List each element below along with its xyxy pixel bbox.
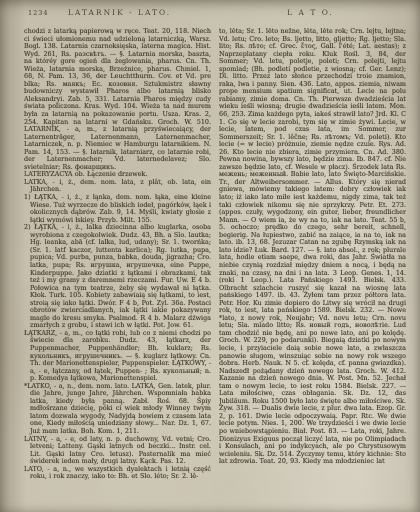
page-number: 1234 bbox=[28, 9, 49, 17]
dictionary-paragraph: *LATKO, - a, n., dem. nom. lato. LATKA, … bbox=[24, 383, 211, 436]
dictionary-paragraph: 1) ŁĄTKA, - i, ż., z łąnka, dem. nom. łą… bbox=[24, 194, 211, 224]
text-columns: chodzi z latarką papierową w ręce. Teat.… bbox=[24, 28, 406, 512]
dictionary-paragraph: LATO, - a, n., we wszystkich dyalektach … bbox=[24, 466, 211, 480]
right-column: to, lěta; Sr. 1. lěto nežne, lěta, lěte … bbox=[219, 28, 406, 480]
dictionary-paragraph: 2) ŁĄTKA, - i, ż., lalka dziecinna albo … bbox=[24, 224, 211, 330]
dictionary-paragraph: ŁĄTKARZ, - a, m., co łątki robi, lub co … bbox=[24, 330, 211, 383]
page-header: 1234 LATARNIK - LATO. L A T O. bbox=[24, 8, 406, 22]
dictionary-paragraph: LATKA, - i, ż., dem. nom. lata, z plât, … bbox=[24, 179, 211, 194]
running-title-right: L A T O. bbox=[215, 8, 406, 22]
left-column: chodzi z latarką papierową w ręce. Teat.… bbox=[24, 28, 211, 480]
dictionary-paragraph: chodzi z latarką papierową w ręce. Teat.… bbox=[24, 28, 211, 171]
dictionary-paragraph: LATNY, - a, - e, od laty, n. p. duchowny… bbox=[24, 436, 211, 466]
dictionary-paragraph: to, lěta; Sr. 1. lěto nežne, lěta, lěte … bbox=[219, 28, 406, 466]
scanned-dictionary-page: 1234 LATARNIK - LATO. L A T O. chodzi z … bbox=[0, 0, 420, 512]
running-title-left: LATARNIK - LATO. bbox=[24, 8, 215, 22]
